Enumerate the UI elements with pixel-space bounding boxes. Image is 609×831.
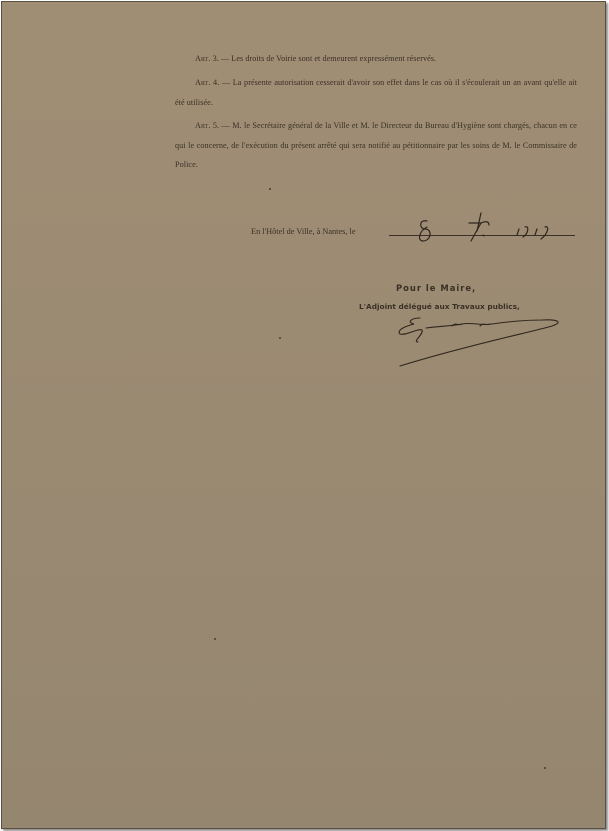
paper-speck: [269, 188, 271, 190]
signature-title: Pour le Maire,: [396, 283, 476, 293]
article-5: Art. 5. — M. le Secrétaire général de la…: [175, 116, 577, 175]
article-text: La présente autorisation cesserait d'avo…: [175, 78, 577, 107]
place-line: En l'Hôtel de Ville, à Nantes, le: [251, 227, 356, 236]
article-3: Art. 3. — Les droits de Voirie sont et d…: [175, 49, 577, 69]
article-text: Les droits de Voirie sont et demeurent e…: [231, 54, 436, 63]
article-4: Art. 4. — La présente autorisation cesse…: [175, 73, 577, 112]
handwritten-date: [389, 207, 579, 247]
article-dash: —: [221, 54, 229, 63]
article-label: Art. 4.: [195, 78, 219, 87]
document-page: Art. 3. — Les droits de Voirie sont et d…: [1, 1, 606, 829]
article-dash: —: [222, 121, 230, 130]
signature-subtitle: L'Adjoint délégué aux Travaux publics,: [359, 302, 520, 311]
article-label: Art. 3.: [195, 54, 219, 63]
paper-speck: [214, 638, 216, 640]
article-label: Art. 5.: [195, 121, 219, 130]
paper-speck: [279, 337, 281, 339]
article-dash: —: [222, 78, 230, 87]
paper-speck: [544, 767, 546, 769]
article-text: M. le Secrétaire général de la Ville et …: [175, 121, 577, 169]
signature-icon: [392, 314, 567, 374]
